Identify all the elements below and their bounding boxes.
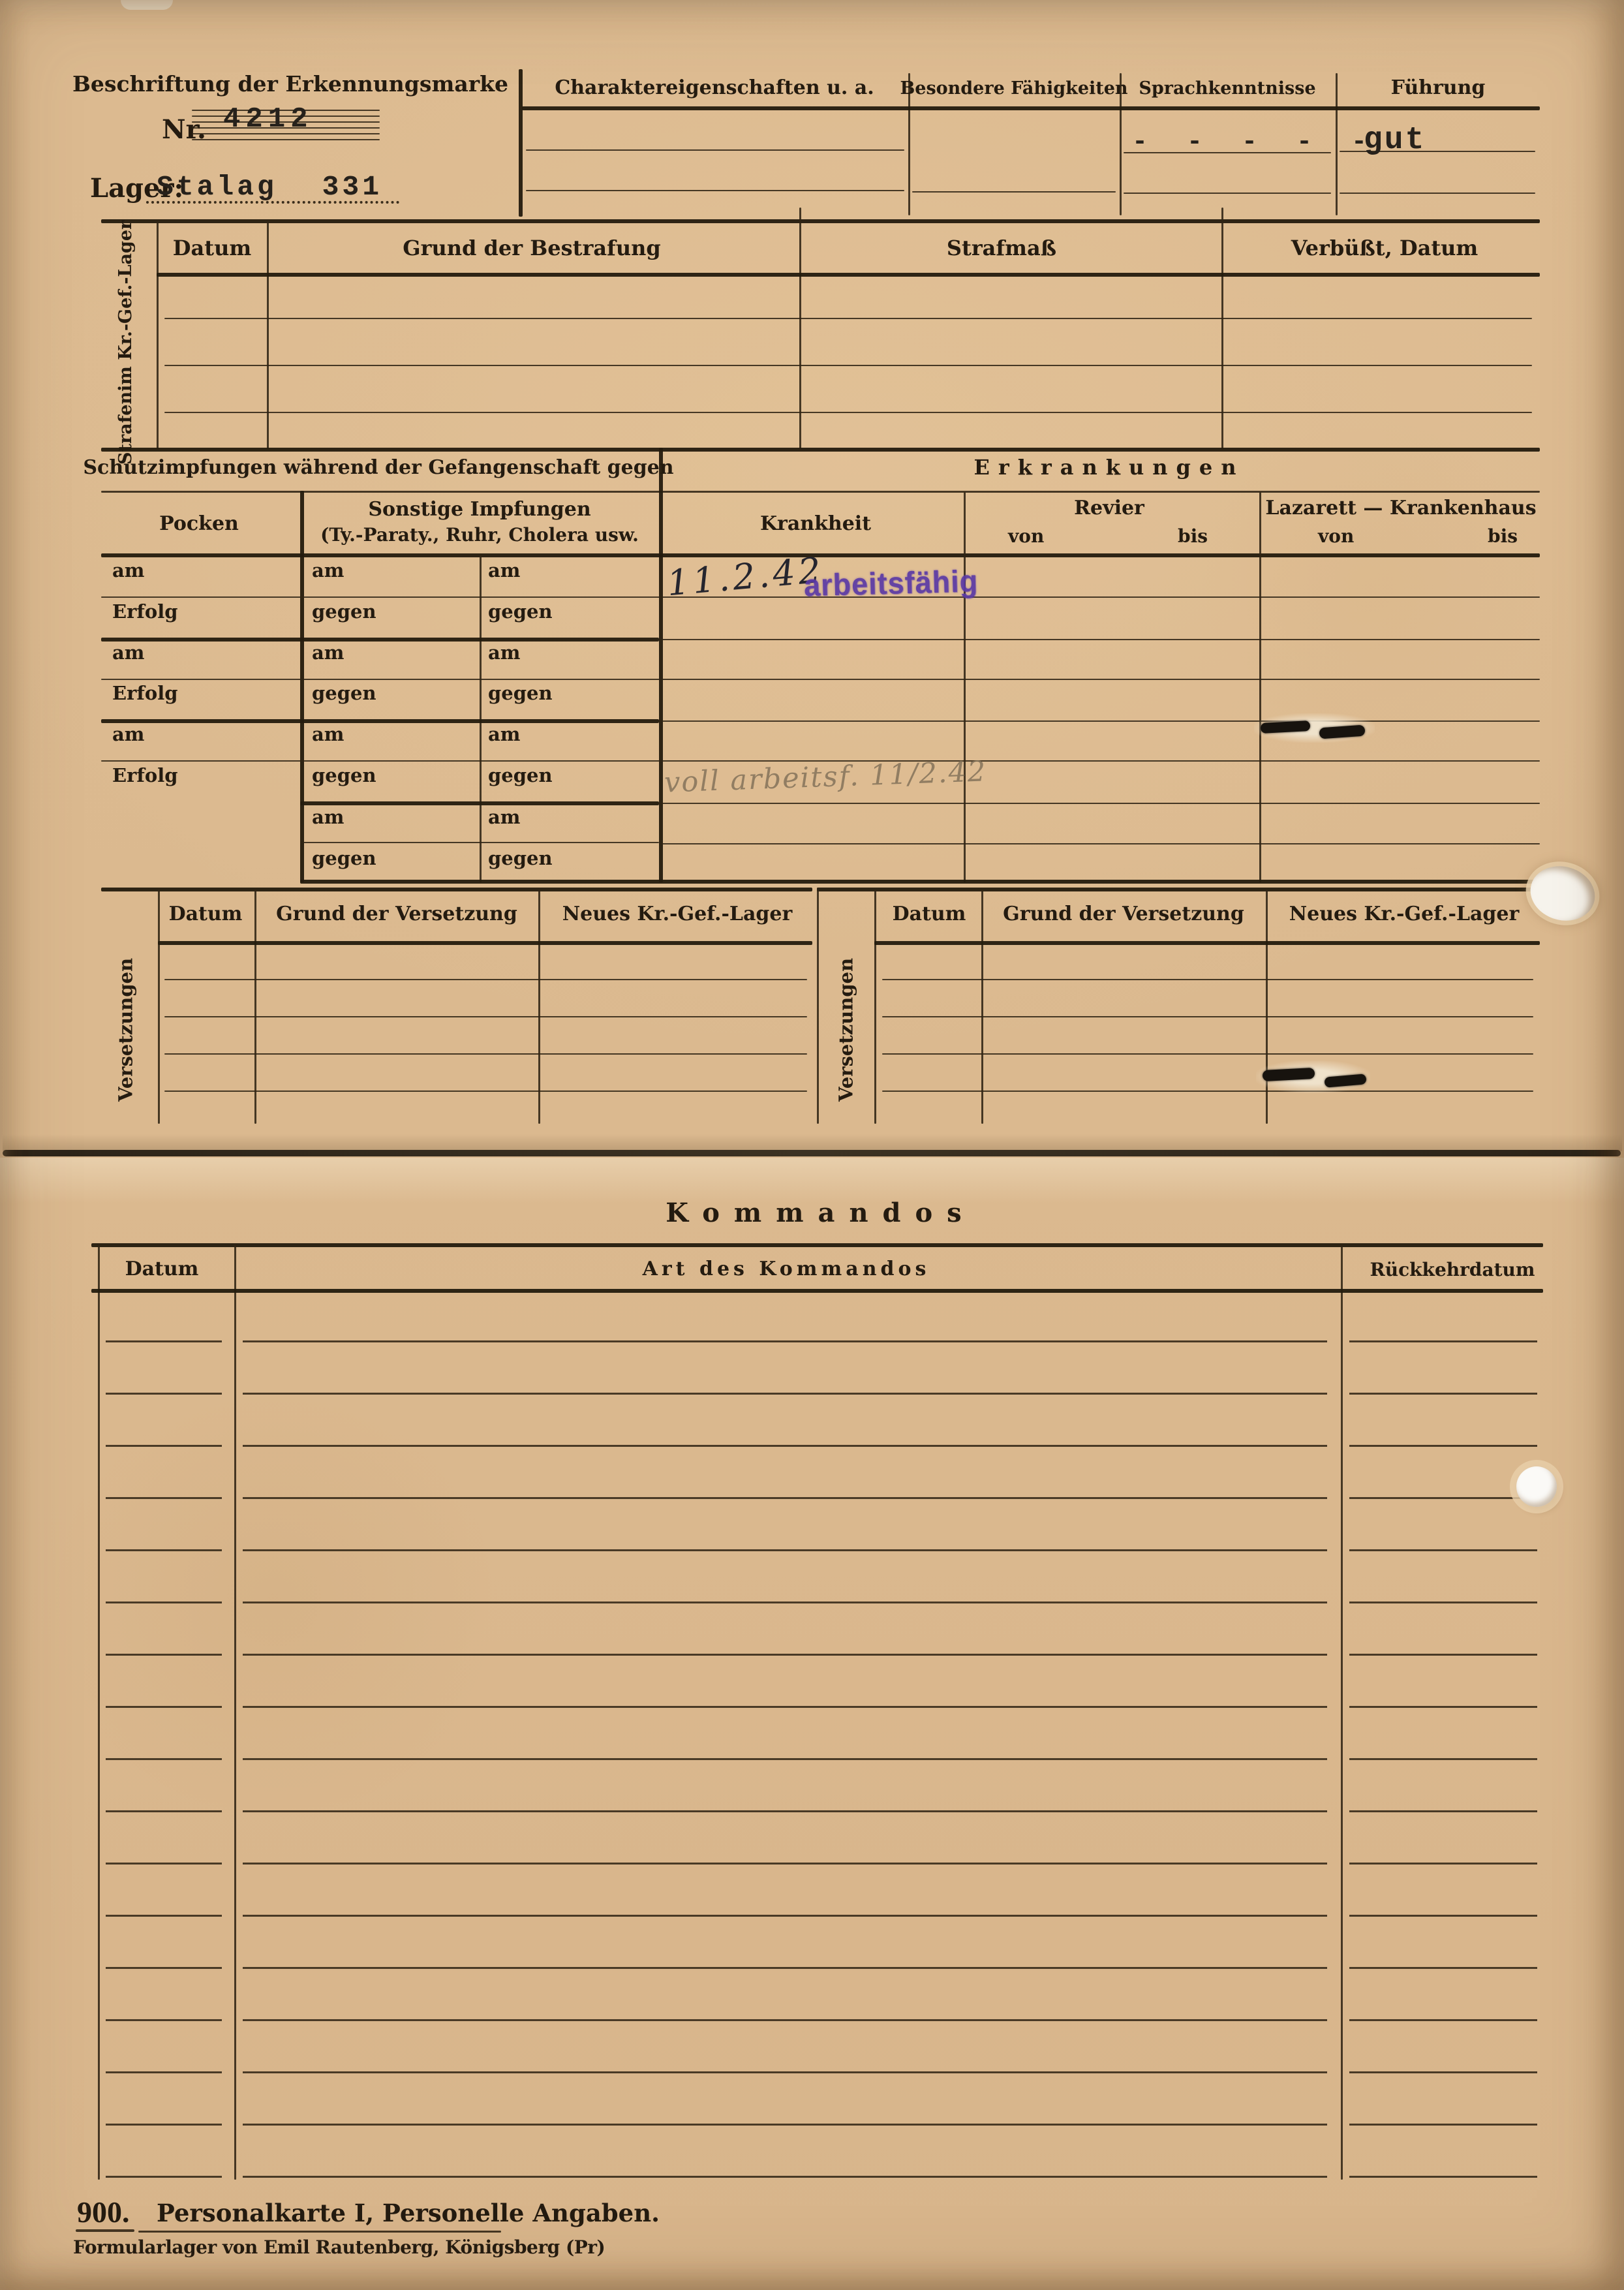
- versetzungen-left-col-datum: Datum: [169, 903, 243, 926]
- vertical-rule-line: [1259, 492, 1261, 882]
- horizontal-rule-line: [300, 842, 659, 843]
- punch-hole: [1524, 859, 1602, 928]
- horizontal-rule-line: [76, 2229, 134, 2232]
- sonstige1-am-2: am: [312, 642, 344, 664]
- sprachen-value: - - - - -: [1132, 128, 1379, 157]
- horizontal-rule-line: [192, 139, 380, 140]
- sonstige1-am-1: am: [312, 560, 344, 581]
- horizontal-rule-line: [659, 639, 1540, 640]
- sonstige-col-heading: Sonstige Impfungen: [368, 499, 590, 521]
- sonstige2-am-3: am: [488, 724, 520, 745]
- horizontal-rule-line: [882, 1091, 1533, 1092]
- versetzungen-right-col-neues: Neues Kr.-Gef.-Lager: [1289, 903, 1520, 926]
- horizontal-rule-line: [1124, 193, 1331, 194]
- horizontal-rule-line: [659, 720, 1540, 722]
- kommandos-rules-rueckkehr: [1349, 1290, 1537, 2179]
- versetzungen-left-col-grund: Grund der Versetzung: [276, 903, 517, 926]
- versetzungen-side-label-left: Versetzungen: [103, 940, 149, 1119]
- vertical-rule-line: [480, 553, 482, 882]
- kommandos-rules-datum: [106, 1290, 222, 2179]
- horizontal-rule-line: [1340, 193, 1535, 194]
- horizontal-rule-line: [101, 219, 1540, 223]
- kommandos-col-rueckkehr: Rückkehrdatum: [1370, 1260, 1535, 1280]
- horizontal-rule-line: [157, 273, 1540, 277]
- pocken-col-heading: Pocken: [159, 513, 239, 536]
- vertical-rule-line: [267, 219, 269, 449]
- strafen-col-datum: Datum: [173, 236, 251, 260]
- form-number: 900.: [77, 2195, 130, 2230]
- vertical-rule-line: [234, 1243, 236, 2180]
- strafen-side-label: Strafen im Kr.-Gef.-Lager: [98, 248, 154, 437]
- nr-label: Nr.: [162, 115, 206, 145]
- horizontal-rule-line: [101, 448, 1540, 452]
- punch-hole: [1516, 1466, 1557, 1507]
- vertical-rule-line: [1341, 1243, 1343, 2180]
- strafen-side-line2: im Kr.-Gef.-Lager: [114, 221, 138, 392]
- lazarett-bis-label: bis: [1488, 526, 1518, 547]
- sonstige2-am-4: am: [488, 807, 520, 828]
- strafen-col-grund: Grund der Bestrafung: [403, 236, 660, 260]
- horizontal-rule-line: [659, 803, 1540, 804]
- sonstige-col-subheading: (Ty.-Paraty., Ruhr, Cholera usw.: [320, 525, 639, 546]
- faehigkeiten-heading: Besondere Fähigkeiten: [900, 78, 1127, 99]
- vertical-rule-line: [300, 491, 304, 882]
- vertical-rule-line: [98, 1243, 100, 2180]
- krankheit-col-heading: Krankheit: [760, 513, 871, 536]
- horizontal-rule-line: [912, 191, 1116, 193]
- sonstige2-gegen-1: gegen: [488, 601, 553, 623]
- sonstige2-gegen-2: gegen: [488, 683, 553, 704]
- sonstige1-gegen-4: gegen: [312, 848, 376, 869]
- pocken-am-1: am: [112, 560, 144, 581]
- versetzungen-side-label-right: Versetzungen: [823, 940, 869, 1119]
- strafen-col-strafmass: Strafmaß: [947, 236, 1056, 260]
- horizontal-rule-line: [300, 801, 659, 805]
- horizontal-rule-line: [91, 1243, 1543, 1247]
- printer-imprint: Formularlager von Emil Rautenberg, König…: [73, 2237, 605, 2258]
- card-bottom-edge: [3, 1150, 1621, 1156]
- versetzungen-right-col-grund: Grund der Versetzung: [1003, 903, 1244, 926]
- personalkarte-scan: Beschriftung der Erkennungsmarke Nr. 421…: [0, 0, 1624, 2290]
- vertical-rule-line: [659, 448, 663, 882]
- horizontal-rule-line: [164, 1016, 807, 1017]
- horizontal-rule-line: [101, 679, 1540, 680]
- horizontal-rule-line: [874, 941, 1540, 945]
- vertical-rule-line: [157, 219, 159, 449]
- kommandos-col-datum: Datum: [125, 1258, 199, 1281]
- pocken-erfolg-1: Erfolg: [112, 601, 178, 623]
- horizontal-rule-line: [817, 888, 1540, 891]
- horizontal-rule-line: [164, 1091, 807, 1092]
- strafen-col-verbuesst: Verbüßt, Datum: [1291, 236, 1478, 260]
- pocken-am-3: am: [112, 724, 144, 745]
- krankheit-date-handwriting: 11.2.42: [666, 549, 826, 604]
- versetzungen-right-col-datum: Datum: [893, 903, 966, 926]
- kommandos-heading: Kommandos: [666, 1198, 975, 1228]
- paper-tear: [121, 0, 173, 10]
- horizontal-rule-line: [526, 149, 904, 151]
- pocken-erfolg-2: Erfolg: [112, 683, 178, 704]
- impfungen-heading: Schutzimpfungen während der Gefangenscha…: [83, 457, 673, 480]
- horizontal-rule-line: [101, 491, 1540, 493]
- versetzungen-side-text: Versetzungen: [113, 957, 138, 1101]
- vertical-rule-line: [158, 888, 160, 1124]
- sonstige2-am-1: am: [488, 560, 520, 581]
- horizontal-rule-line: [164, 1053, 807, 1055]
- vertical-rule-line: [519, 69, 523, 217]
- horizontal-rule-line: [300, 880, 1540, 884]
- pocken-am-2: am: [112, 642, 144, 664]
- horizontal-rule-line: [882, 979, 1533, 980]
- vertical-rule-line: [964, 492, 966, 882]
- arbeitsfaehig-stamp: arbeitsfähig: [803, 563, 978, 604]
- sonstige2-gegen-4: gegen: [488, 848, 553, 869]
- horizontal-rule-line: [659, 843, 1540, 844]
- fuehrung-value: gut: [1364, 123, 1426, 158]
- lager-value: Stalag 331: [157, 171, 382, 203]
- strafen-side-line1: Strafen: [114, 392, 138, 465]
- pencil-note-handwriting: voll arbeitsf. 11/2.42: [664, 755, 987, 799]
- fuehrung-heading: Führung: [1391, 77, 1486, 100]
- vertical-rule-line: [981, 888, 983, 1124]
- horizontal-rule-line: [882, 1016, 1533, 1017]
- horizontal-rule-line: [164, 365, 1532, 366]
- horizontal-rule-line: [164, 318, 1532, 319]
- horizontal-rule-line: [158, 941, 812, 945]
- sonstige1-gegen-2: gegen: [312, 683, 376, 704]
- kommandos-rules-art: [243, 1290, 1327, 2179]
- pocken-erfolg-3: Erfolg: [112, 765, 178, 786]
- sonstige1-gegen-3: gegen: [312, 765, 376, 786]
- vertical-rule-line: [254, 888, 256, 1124]
- sonstige2-gegen-3: gegen: [488, 765, 553, 786]
- horizontal-rule-line: [101, 719, 659, 723]
- sonstige1-am-3: am: [312, 724, 344, 745]
- horizontal-rule-line: [522, 106, 1540, 110]
- horizontal-rule-line: [164, 979, 807, 980]
- vertical-rule-line: [817, 888, 819, 1124]
- lazarett-von-label: von: [1318, 526, 1354, 547]
- sonstige1-gegen-1: gegen: [312, 601, 376, 623]
- erkennungsmarke-number: 4212: [223, 103, 313, 136]
- versetzungen-left-col-neues: Neues Kr.-Gef.-Lager: [562, 903, 793, 926]
- vertical-rule-line: [538, 888, 540, 1124]
- revier-bis-label: bis: [1178, 526, 1208, 547]
- versetzungen-side-text: Versetzungen: [833, 957, 859, 1101]
- revier-von-label: von: [1008, 526, 1044, 547]
- sonstige2-am-2: am: [488, 642, 520, 664]
- lazarett-col-heading: Lazarett — Krankenhaus: [1265, 497, 1536, 520]
- fold-highlight: [0, 1158, 1624, 1203]
- horizontal-rule-line: [526, 190, 904, 191]
- fold-shadow: [3, 1134, 1622, 1151]
- revier-col-heading: Revier: [1074, 497, 1144, 520]
- horizontal-rule-line: [101, 888, 812, 891]
- form-title: Personalkarte I, Personelle Angaben.: [157, 2199, 660, 2227]
- erkennungsmarke-heading: Beschriftung der Erkennungsmarke: [72, 72, 508, 97]
- horizontal-rule-line: [101, 638, 659, 642]
- sonstige1-am-4: am: [312, 807, 344, 828]
- horizontal-rule-line: [138, 2231, 501, 2233]
- horizontal-rule-line: [882, 1053, 1533, 1055]
- charakter-heading: Charaktereigenschaften u. a.: [555, 77, 874, 100]
- erkrankungen-heading: Erkrankungen: [974, 456, 1245, 480]
- kommandos-col-art: Art des Kommandos: [643, 1258, 930, 1281]
- horizontal-rule-line: [164, 412, 1532, 413]
- vertical-rule-line: [874, 888, 876, 1124]
- sprachen-heading: Sprachkenntnisse: [1139, 78, 1315, 99]
